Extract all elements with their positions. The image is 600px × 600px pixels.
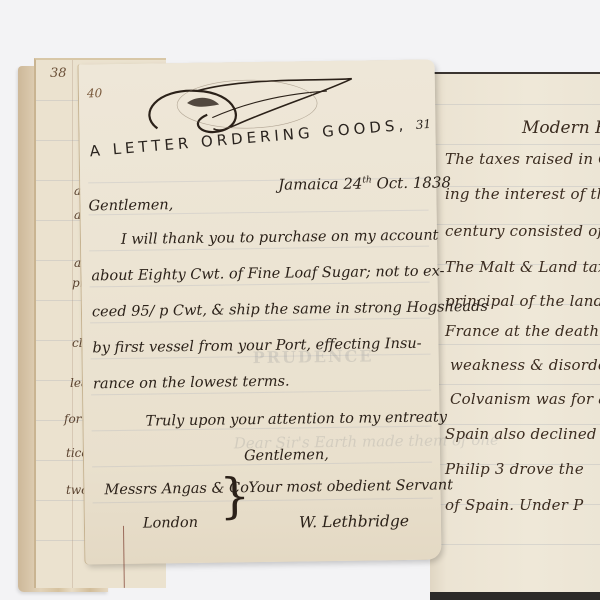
margin-rule: [123, 526, 125, 588]
right-page-heading: Modern H: [522, 118, 600, 138]
signature: W. Lethbridge: [299, 512, 409, 532]
right-page-line: The Malt & Land tax &: [445, 258, 600, 276]
page-number: 40: [87, 86, 102, 100]
body-line: I will thank you to purchase on my accou…: [121, 228, 439, 248]
exercise-number: 31: [415, 117, 431, 132]
right-page-line: ing the interest of the: [445, 185, 600, 203]
book-cover-edge: [430, 592, 600, 600]
right-page-line: Colvanism was for a: [450, 390, 600, 408]
right-page-line: century consisted of 16: [445, 222, 600, 240]
right-page-line: weakness & disorder.: [450, 356, 600, 374]
letter-page: 40 A LETTER ORDERING GOODS, 31 Jamaica 2…: [79, 60, 442, 565]
right-page-line: of Spain. Under P: [445, 496, 583, 514]
back-page-fragment: for: [64, 412, 81, 426]
salutation: Gentlemen,: [88, 197, 173, 214]
right-page-line: France at the death of: [445, 322, 600, 340]
valediction: Your most obedient Servant: [248, 477, 453, 496]
right-page-line: The taxes raised in Gre: [445, 150, 600, 168]
closing-salutation: Gentlemen,: [244, 447, 329, 464]
bleed-through-heading: PRUDENCE: [253, 346, 374, 367]
addressee-city: London: [143, 515, 198, 532]
back-page-number: 38: [50, 66, 67, 81]
body-line: rance on the lowest terms.: [93, 374, 290, 393]
back-page-fragment: a: [74, 256, 81, 270]
date-line: Jamaica 24th Oct. 1838: [278, 173, 451, 193]
brace-icon: }: [219, 472, 250, 520]
right-page-line: Philip 3 drove the: [445, 460, 584, 478]
photo-scene: 38 a a a pr cla lea for tice two Modern …: [0, 0, 600, 600]
